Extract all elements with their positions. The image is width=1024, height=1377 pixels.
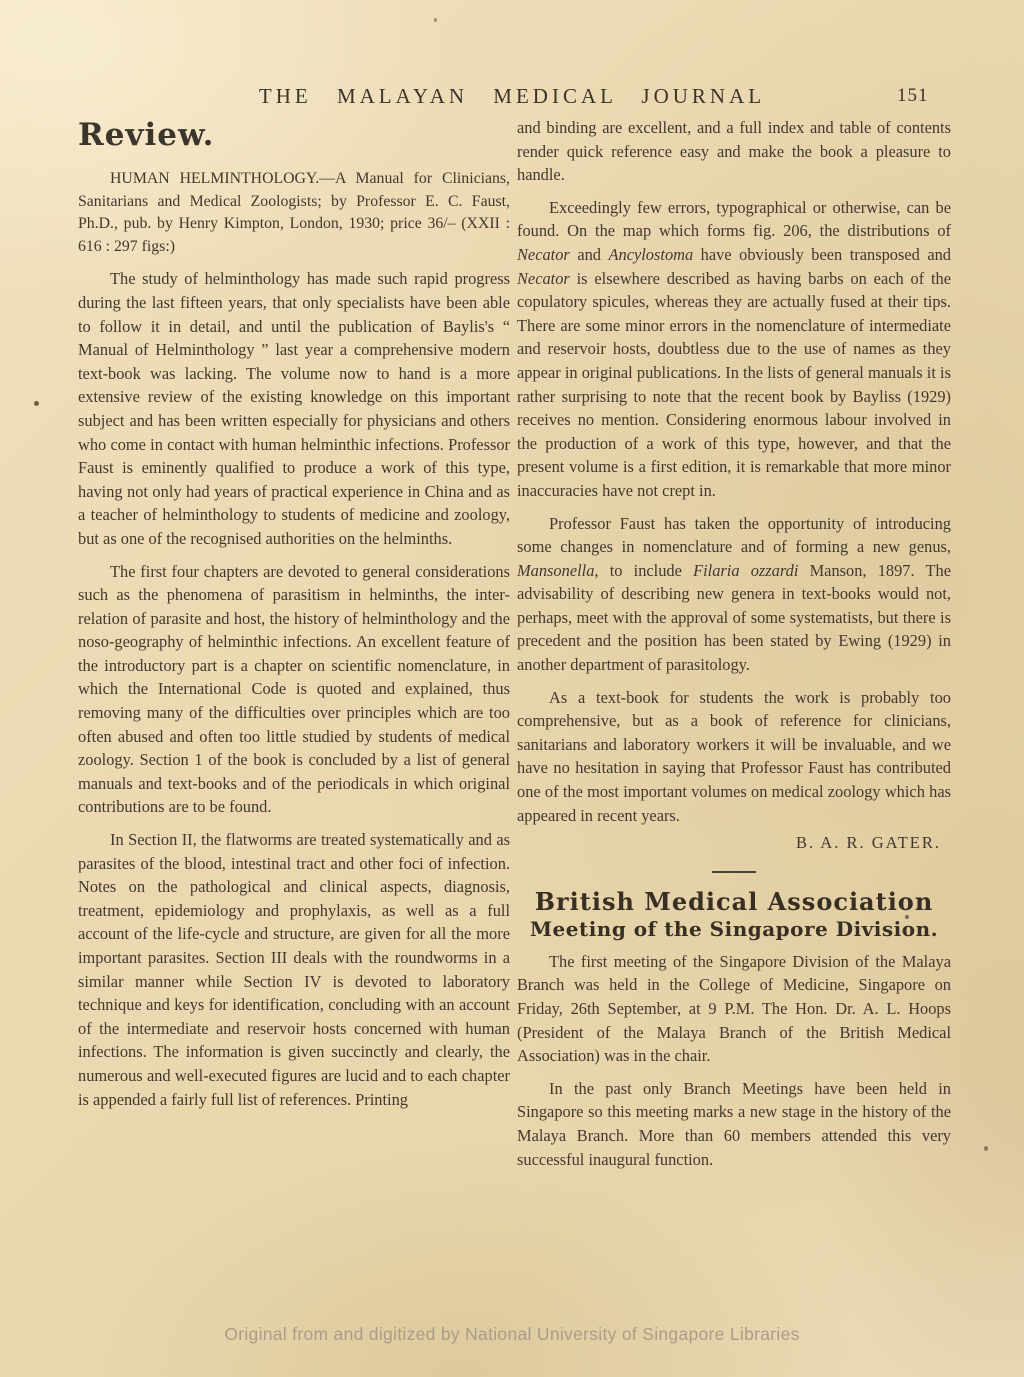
journal-title: THE MALAYAN MEDICAL JOURNAL (0, 84, 1024, 109)
bma-article-subheading: Meeting of the Singapore Division. (517, 916, 951, 942)
review-paragraph: In Section II, the flatworms are treated… (78, 828, 510, 1111)
bma-article-heading: British Medical Association (517, 887, 951, 916)
reviewer-signature: B. A. R. GATER. (517, 831, 941, 855)
left-column: Review. HUMAN HELMINTHOLOGY.—A Manual fo… (78, 118, 510, 1111)
right-column: and binding are excellent, and a full in… (517, 116, 951, 1171)
review-paragraph: and binding are excellent, and a full in… (517, 116, 951, 187)
review-paragraph: The study of helminthology has made such… (78, 267, 510, 550)
digitization-credit: Original from and digitized by National … (0, 1324, 1024, 1345)
paper-speck (34, 401, 39, 406)
review-section-heading: Review. (78, 118, 510, 152)
review-paragraph: The first four chapters are devoted to g… (78, 560, 510, 820)
bma-paragraph: The first meeting of the Singapore Divis… (517, 950, 951, 1068)
paper-speck (984, 1146, 988, 1151)
review-paragraph: As a text-book for students the work is … (517, 686, 951, 828)
review-paragraph: Exceedingly few errors, typographical or… (517, 196, 951, 503)
book-citation: HUMAN HELMINTHOLOGY.—A Manual for Clinic… (78, 168, 510, 258)
paper-speck (434, 18, 437, 22)
section-divider-rule (712, 871, 756, 873)
bma-paragraph: In the past only Branch Meetings have be… (517, 1077, 951, 1171)
review-paragraph: Professor Faust has taken the opportunit… (517, 512, 951, 677)
page-number: 151 (897, 85, 929, 107)
